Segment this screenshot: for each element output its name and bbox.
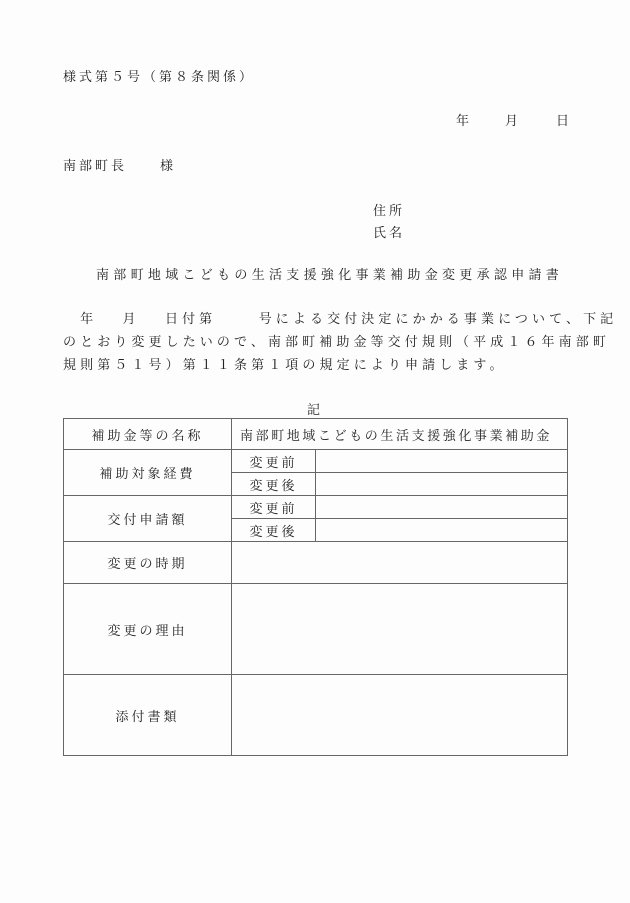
table-row: 補助金等の名称 南部町地域こどもの生活支援強化事業補助金 (64, 419, 568, 450)
sub-label: 変更後 (232, 473, 316, 496)
change-reason-field[interactable] (232, 584, 568, 675)
ki-heading: 記 (307, 399, 323, 418)
body-line-3: 規則第５１号）第１１条第１項の規定により申請します。 (63, 354, 571, 377)
form-number: 様式第５号（第８条関係） (63, 66, 255, 85)
document-title: 南部町地域こどもの生活支援強化事業補助金変更承認申請書 (96, 264, 563, 283)
table-row: 交付申請額 変更前 (64, 496, 568, 519)
sub-label: 変更後 (232, 519, 316, 542)
table-row: 補助対象経費 変更前 (64, 450, 568, 473)
grant-amount-after-field[interactable] (316, 519, 568, 542)
application-table: 補助金等の名称 南部町地域こどもの生活支援強化事業補助金 補助対象経費 変更前 … (63, 418, 568, 756)
addressee-honorific: 様 (160, 155, 176, 174)
table-row: 変更の理由 (64, 584, 568, 675)
grant-amount-before-field[interactable] (316, 496, 568, 519)
address-label: 住所 (373, 200, 405, 219)
date-year-label: 年 (456, 110, 472, 129)
body-paragraph: 年 月 日付第 号による交付決定にかかる事業について、下記 のとおり変更したいの… (63, 308, 571, 377)
row-label: 変更の時期 (64, 542, 232, 584)
body-line-1: 年 月 日付第 号による交付決定にかかる事業について、下記 (63, 308, 571, 331)
row-label: 添付書類 (64, 675, 232, 756)
attachments-field[interactable] (232, 675, 568, 756)
body-line-2: のとおり変更したいので、南部町補助金等交付規則（平成１６年南部町 (63, 331, 571, 354)
row-label: 補助対象経費 (64, 450, 232, 496)
subsidy-name-value: 南部町地域こどもの生活支援強化事業補助金 (232, 419, 568, 450)
name-label: 氏名 (373, 222, 405, 241)
change-timing-field[interactable] (232, 542, 568, 584)
date-day-label: 日 (556, 110, 572, 129)
table-row: 添付書類 (64, 675, 568, 756)
eligible-cost-before-field[interactable] (316, 450, 568, 473)
date-month-label: 月 (505, 110, 521, 129)
sub-label: 変更前 (232, 496, 316, 519)
eligible-cost-after-field[interactable] (316, 473, 568, 496)
addressee-name: 南部町長 (63, 159, 127, 174)
row-label: 補助金等の名称 (64, 419, 232, 450)
sub-label: 変更前 (232, 450, 316, 473)
table-row: 変更の時期 (64, 542, 568, 584)
row-label: 交付申請額 (64, 496, 232, 542)
row-label: 変更の理由 (64, 584, 232, 675)
addressee: 南部町長 様 (63, 155, 127, 174)
